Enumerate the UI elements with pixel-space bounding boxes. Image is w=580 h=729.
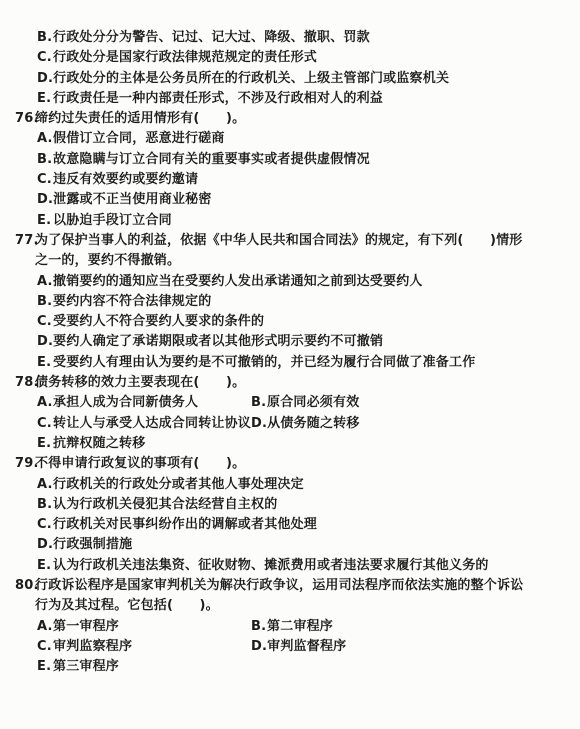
option-row: D.行政强制措施 — [0, 535, 580, 555]
option-row: C.行政机关对民事纠纷作出的调解或者其他处理 — [0, 515, 580, 535]
option-row: A.假借订立合同，恶意进行磋商 — [0, 129, 580, 149]
option-label: B. — [251, 617, 267, 637]
option-e: E.抗辩权随之转移 — [37, 436, 145, 451]
option-row: C.受要约人不符合要约人要求的条件的 — [0, 312, 580, 332]
option-text: 受要约人不符合要约人要求的条件的 — [53, 314, 264, 329]
option-row: B.故意隐瞒与订立合同有关的重要事实或者提供虚假情况 — [0, 150, 580, 170]
option-e: E.第三审程序 — [37, 659, 119, 674]
option-e: E.以胁迫手段订立合同 — [37, 213, 172, 228]
option-e: E.行政责任是一种内部责任形式，不涉及行政相对人的利益 — [37, 91, 383, 106]
option-a: A.假借订立合同，恶意进行磋商 — [37, 131, 225, 146]
option-row: E.以胁迫手段订立合同 — [0, 211, 580, 231]
option-label: C. — [37, 414, 53, 434]
question-stem-line: 77.为了保护当事人的利益，依据《中华人民共和国合同法》的规定，有下列( )情形 — [0, 231, 580, 251]
option-label: B. — [37, 28, 53, 48]
option-d: D.要约人确定了承诺期限或者以其他形式明示要约不可撤销 — [37, 334, 383, 349]
option-row: A.行政机关的行政处分或者其他人事处理决定 — [0, 475, 580, 495]
option-text: 第三审程序 — [53, 659, 119, 674]
option-d: D.泄露或不正当使用商业秘密 — [37, 192, 212, 207]
option-row: C.审判监察程序D.审判监督程序 — [0, 637, 580, 657]
option-row: B.行政处分分为警告、记过、记大过、降级、撤职、罚款 — [0, 28, 580, 48]
question-stem-continuation: 行为及其过程。它包括( )。 — [0, 596, 580, 616]
option-label: A. — [37, 617, 53, 637]
option-row: A.第一审程序B.第二审程序 — [0, 617, 580, 637]
option-row: E.抗辩权随之转移 — [0, 434, 580, 454]
option-label: D. — [251, 414, 267, 434]
option-label: C. — [37, 637, 53, 657]
option-e: E.认为行政机关违法集资、征收财物、摊派费用或者违法要求履行其他义务的 — [37, 558, 489, 573]
question-stem-text: 行政诉讼程序是国家审判机关为解决行政争议，运用司法程序而依法实施的整个诉讼 — [35, 578, 523, 593]
option-label: C. — [37, 312, 53, 332]
option-text: 第一审程序 — [53, 619, 119, 634]
option-d: D.审判监督程序 — [251, 639, 346, 654]
option-row: A.撤销要约的通知应当在受要约人发出承诺通知之前到达受要约人 — [0, 272, 580, 292]
option-label: E. — [37, 556, 53, 576]
option-label: D. — [251, 637, 267, 657]
option-label: E. — [37, 211, 53, 231]
question-stem-text: 之一的，要约不得撤销。 — [35, 253, 180, 268]
question-stem-line: 76.缔约过失责任的适用情形有( )。 — [0, 109, 580, 129]
option-label: C. — [37, 515, 53, 535]
option-text: 行政强制措施 — [53, 537, 132, 552]
option-a: A.行政机关的行政处分或者其他人事处理决定 — [37, 477, 304, 492]
option-c: C.受要约人不符合要约人要求的条件的 — [37, 314, 264, 329]
question-list: B.行政处分分为警告、记过、记大过、降级、撤职、罚款C.行政处分是国家行政法律规… — [0, 0, 580, 678]
question-stem-text: 行为及其过程。它包括( )。 — [35, 598, 219, 613]
option-row: B.认为行政机关侵犯其合法经营自主权的 — [0, 495, 580, 515]
option-c: C.违反有效要约或要约邀请 — [37, 172, 198, 187]
question-stem-text: 不得申请行政复议的事项有( )。 — [35, 456, 245, 471]
option-text: 假借订立合同，恶意进行磋商 — [53, 131, 225, 146]
option-text: 转让人与承受人达成合同转让协议 — [53, 416, 251, 431]
option-text: 行政机关对民事纠纷作出的调解或者其他处理 — [53, 517, 317, 532]
option-text: 第二审程序 — [267, 619, 333, 634]
option-label: E. — [37, 89, 53, 109]
option-text: 审判监察程序 — [53, 639, 132, 654]
option-e: E.受要约人有理由认为要约是不可撤销的，并已经为履行合同做了准备工作 — [37, 355, 475, 370]
option-c: C.审判监察程序 — [37, 637, 251, 657]
option-label: A. — [37, 272, 53, 292]
option-a: A.第一审程序 — [37, 617, 251, 637]
option-c: C.行政处分是国家行政法律规范规定的责任形式 — [37, 50, 317, 65]
option-label: C. — [37, 48, 53, 68]
option-label: A. — [37, 393, 53, 413]
option-row: C.行政处分是国家行政法律规范规定的责任形式 — [0, 48, 580, 68]
option-label: C. — [37, 170, 53, 190]
option-label: E. — [37, 434, 53, 454]
option-text: 行政处分的主体是公务员所在的行政机关、上级主管部门或监察机关 — [53, 71, 449, 86]
option-row: C.违反有效要约或要约邀请 — [0, 170, 580, 190]
option-label: D. — [37, 190, 53, 210]
option-text: 要约人确定了承诺期限或者以其他形式明示要约不可撤销 — [53, 334, 383, 349]
option-d: D.行政处分的主体是公务员所在的行政机关、上级主管部门或监察机关 — [37, 71, 449, 86]
option-label: E. — [37, 657, 53, 677]
question-stem-text: 缔约过失责任的适用情形有( )。 — [35, 111, 245, 126]
option-d: D.行政强制措施 — [37, 537, 132, 552]
question-number: 78. — [15, 373, 39, 393]
question-number: 80. — [15, 576, 39, 596]
option-text: 故意隐瞒与订立合同有关的重要事实或者提供虚假情况 — [53, 152, 370, 167]
question-stem-line: 78.债务转移的效力主要表现在( )。 — [0, 373, 580, 393]
question-stem-text: 为了保护当事人的利益，依据《中华人民共和国合同法》的规定，有下列( )情形 — [35, 233, 522, 248]
option-text: 认为行政机关侵犯其合法经营自主权的 — [53, 497, 277, 512]
option-text: 行政责任是一种内部责任形式，不涉及行政相对人的利益 — [53, 91, 383, 106]
option-b: B.认为行政机关侵犯其合法经营自主权的 — [37, 497, 277, 512]
question-stem-line: 79.不得申请行政复议的事项有( )。 — [0, 454, 580, 474]
option-text: 承担人成为合同新债务人 — [53, 395, 198, 410]
option-label: D. — [37, 535, 53, 555]
option-row: A.承担人成为合同新债务人B.原合同必须有效 — [0, 393, 580, 413]
question-number: 77. — [15, 231, 39, 251]
option-row: C.转让人与承受人达成合同转让协议D.从债务随之转移 — [0, 414, 580, 434]
option-b: B.原合同必须有效 — [251, 395, 359, 410]
option-text: 泄露或不正当使用商业秘密 — [53, 192, 211, 207]
option-text: 原合同必须有效 — [267, 395, 359, 410]
option-row: D.泄露或不正当使用商业秘密 — [0, 190, 580, 210]
option-label: B. — [37, 150, 53, 170]
option-text: 审判监督程序 — [267, 639, 346, 654]
option-text: 受要约人有理由认为要约是不可撤销的，并已经为履行合同做了准备工作 — [53, 355, 475, 370]
option-text: 要约内容不符合法律规定的 — [53, 294, 211, 309]
question-stem-text: 债务转移的效力主要表现在( )。 — [35, 375, 245, 390]
option-label: B. — [37, 292, 53, 312]
option-text: 撤销要约的通知应当在受要约人发出承诺通知之前到达受要约人 — [53, 274, 423, 289]
option-text: 从债务随之转移 — [267, 416, 359, 431]
option-c: C.转让人与承受人达成合同转让协议 — [37, 414, 251, 434]
option-b: B.要约内容不符合法律规定的 — [37, 294, 211, 309]
option-label: D. — [37, 69, 53, 89]
option-d: D.从债务随之转移 — [251, 416, 360, 431]
option-a: A.承担人成为合同新债务人 — [37, 393, 251, 413]
option-label: A. — [37, 475, 53, 495]
option-label: B. — [37, 495, 53, 515]
option-text: 抗辩权随之转移 — [53, 436, 145, 451]
option-label: A. — [37, 129, 53, 149]
question-stem-continuation: 之一的，要约不得撤销。 — [0, 251, 580, 271]
option-text: 行政处分分为警告、记过、记大过、降级、撤职、罚款 — [53, 30, 370, 45]
option-row: B.要约内容不符合法律规定的 — [0, 292, 580, 312]
question-number: 76. — [15, 109, 39, 129]
question-stem-line: 80.行政诉讼程序是国家审判机关为解决行政争议，运用司法程序而依法实施的整个诉讼 — [0, 576, 580, 596]
option-row: D.要约人确定了承诺期限或者以其他形式明示要约不可撤销 — [0, 332, 580, 352]
option-row: E.行政责任是一种内部责任形式，不涉及行政相对人的利益 — [0, 89, 580, 109]
option-text: 行政处分是国家行政法律规范规定的责任形式 — [53, 50, 317, 65]
option-b: B.行政处分分为警告、记过、记大过、降级、撤职、罚款 — [37, 30, 370, 45]
option-row: E.受要约人有理由认为要约是不可撤销的，并已经为履行合同做了准备工作 — [0, 353, 580, 373]
option-text: 违反有效要约或要约邀请 — [53, 172, 198, 187]
question-number: 79. — [15, 454, 39, 474]
option-text: 以胁迫手段订立合同 — [53, 213, 172, 228]
option-row: D.行政处分的主体是公务员所在的行政机关、上级主管部门或监察机关 — [0, 69, 580, 89]
option-row: E.认为行政机关违法集资、征收财物、摊派费用或者违法要求履行其他义务的 — [0, 556, 580, 576]
option-label: D. — [37, 332, 53, 352]
option-label: E. — [37, 353, 53, 373]
option-text: 认为行政机关违法集资、征收财物、摊派费用或者违法要求履行其他义务的 — [53, 558, 489, 573]
exam-page: B.行政处分分为警告、记过、记大过、降级、撤职、罚款C.行政处分是国家行政法律规… — [0, 0, 580, 729]
option-c: C.行政机关对民事纠纷作出的调解或者其他处理 — [37, 517, 317, 532]
option-label: B. — [251, 393, 267, 413]
option-a: A.撤销要约的通知应当在受要约人发出承诺通知之前到达受要约人 — [37, 274, 423, 289]
option-row: E.第三审程序 — [0, 657, 580, 677]
option-b: B.第二审程序 — [251, 619, 333, 634]
option-b: B.故意隐瞒与订立合同有关的重要事实或者提供虚假情况 — [37, 152, 370, 167]
option-text: 行政机关的行政处分或者其他人事处理决定 — [53, 477, 304, 492]
